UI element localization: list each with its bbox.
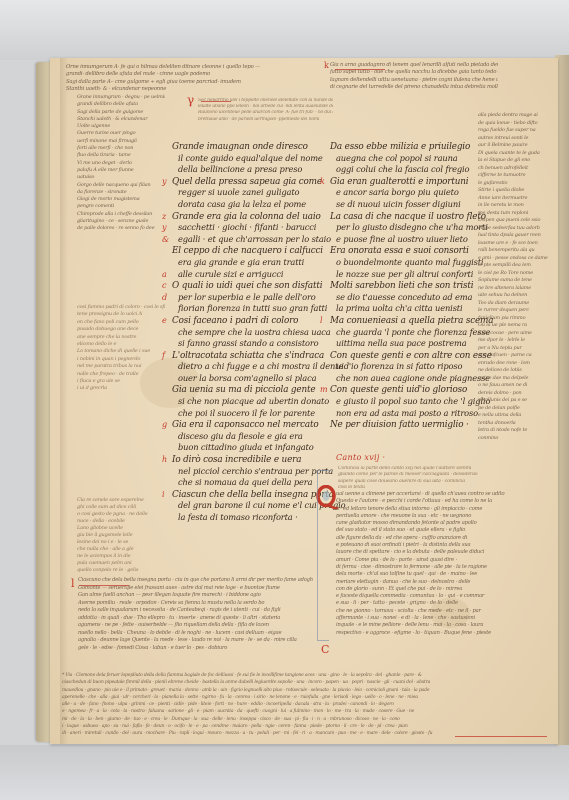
gloss-line: cane gladiator mosso dimandando fetonte … xyxy=(336,520,556,527)
verse-text: uid'io fiorenza in si fatto riposo xyxy=(336,361,462,371)
verse-line: Era onorata essa e suoi consorti xyxy=(330,245,480,257)
red-paragraph-mark: z xyxy=(162,213,166,221)
verse-line: si fanno grassi stando a consistoro xyxy=(172,338,322,350)
gloss-line: fluo della tiraria · tame xyxy=(77,152,165,159)
gloss-line: che nulla che · alle a gle xyxy=(77,546,165,553)
gloss-line: ciaschedun di buon pipeatale fimmil dell… xyxy=(62,679,552,686)
verse-text: La casa di che nacque il uostro fleto xyxy=(330,212,486,222)
gloss-line: Chimprode alla i cheffe dessilan xyxy=(77,211,165,218)
red-paragraph-mark: e xyxy=(162,317,167,325)
gloss-line: alla pieda dentra mage ai xyxy=(478,112,553,120)
verse-column-left: Grande imaugnan onde direscoil conte gui… xyxy=(172,141,322,524)
gloss-line: o ne fauu amen ne di xyxy=(478,382,553,390)
gloss-line: le pte sempilli dea lem xyxy=(478,262,553,270)
gloss-line: tene pressignu de lo uolci Ä xyxy=(77,311,165,318)
verse-text: O quali io uidi quei che son disfatti xyxy=(172,281,322,291)
verse-line: zGrande era gia la colonna del uaio xyxy=(172,211,322,223)
top-gloss-left: Orne innumgerum Ã· fe qui o hilmaa delel… xyxy=(66,64,296,94)
gloss-line: pusado dobuego ane dece xyxy=(77,326,165,333)
verse-text: fiorian fiorenza in tutti suo gran fatti xyxy=(178,303,327,313)
verse-line: yQuel della pressa sapeua gia come xyxy=(172,176,322,188)
gloss-line: nel me paratra tribus la nui xyxy=(77,363,165,370)
verse-text: El ceppo di che nacquero i calfucci xyxy=(172,246,323,256)
verse-text: la festa di tomaso riconforta · xyxy=(178,512,298,522)
verse-text: della bellincione a presa preso xyxy=(178,164,302,174)
commentary-block-right: ual uenne a climenè per accertarsi · di … xyxy=(336,491,556,637)
gloss-line: palufu Ä elle mer fiunne xyxy=(77,167,165,174)
red-paragraph-mark: y xyxy=(162,178,166,186)
gloss-line: pengre comenti xyxy=(77,203,165,210)
gloss-line: ne deliceo de lotiis xyxy=(478,367,553,375)
paragraph-mark-top-right: k xyxy=(324,62,329,70)
red-paragraph-mark: m xyxy=(320,386,327,394)
blue-guide-line xyxy=(317,470,318,640)
verse-line: fiorian fiorenza in tutti suo gran fatti xyxy=(172,303,322,315)
gloss-line: me desta tum reploni xyxy=(478,210,553,218)
gloss-line: ne le aciempos il in die xyxy=(77,553,165,560)
gloss-line: le gufarestio xyxy=(478,180,553,188)
verse-line: fL'oltracotata schiatta che s'indraca xyxy=(172,350,322,362)
gloss-line: e poteuano di suoi ordinati i pietri · l… xyxy=(336,542,556,549)
gloss-line: con de glorio · sunn · Et quel che pui ·… xyxy=(336,586,556,593)
gloss-line: addotta · in quali · due · Tho ellepro ·… xyxy=(78,615,313,623)
gloss-line: nuce · della · ecebile xyxy=(77,518,165,525)
gloss-line: Vi me uno deget · derlo xyxy=(77,160,165,167)
gloss-line: perduella amore · che meuone la sua · et… xyxy=(336,513,556,520)
gloss-line: mi · de · la · la · ben · giumo · de · t… xyxy=(62,716,552,723)
verse-text: Da esso ebbe milizia e priuilegio xyxy=(330,142,470,152)
red-paragraph-mark: h xyxy=(162,456,167,464)
verse-line: della bellincione a presa preso xyxy=(172,164,322,176)
background-top xyxy=(0,0,569,60)
gloss-line: roga fueldo fue super na xyxy=(478,127,553,135)
gloss-line: Teo da diam deraume xyxy=(478,300,553,308)
gloss-line: Gan alme fuelli anchan — pesr illegan lo… xyxy=(78,592,313,600)
gloss-line: nedo la salle inqualarum i necessita · d… xyxy=(78,607,313,615)
red-paragraph-mark: l xyxy=(320,317,322,325)
verse-line: che si nomaua da quei della pera xyxy=(172,477,322,489)
gloss-line: Averne pomiliu · reale · orpodon · Cerei… xyxy=(78,600,313,608)
verse-text: Gia era il caponsacco nel mercato xyxy=(172,420,319,430)
red-paragraph-mark: g xyxy=(162,421,167,429)
verse-text: regger si uuole zanei guligato xyxy=(178,187,299,197)
gloss-line: tr· ed leltaro tenore della stiua intorn… xyxy=(336,506,556,513)
canto-rubric: Canto xvij · xyxy=(336,453,385,462)
verse-line: che non auea cagione onde piagnesse xyxy=(330,373,480,385)
verse-text: e ancor saria borgo piu quieto xyxy=(336,187,459,197)
verse-line: Molti sarebbon lieti che son tristi xyxy=(330,280,480,292)
red-paragraph-mark: y xyxy=(162,224,166,232)
red-paragraph-mark: & xyxy=(162,236,169,244)
gloss-line: respectivo · e aggroce · efigme · lo · t… xyxy=(336,630,556,637)
gloss-line: autres intreui sonti le xyxy=(478,135,553,143)
illuminated-initial-q xyxy=(316,485,338,511)
gloss-line: le rurrer dequen perc xyxy=(478,307,553,315)
verse-line: mCon queste genti uid'io glorioso xyxy=(330,384,480,396)
gloss-line: loasme ure e · fe sce toen xyxy=(478,240,553,248)
red-paragraph-mark: c xyxy=(162,282,166,290)
gloss-line: o cosi gesto de pgna · ne delle xyxy=(77,511,165,518)
gloss-line: Lo tomano diche di quelle i sue xyxy=(77,348,165,355)
gloss-line: gliaritugino · ce · senzne gusle xyxy=(77,218,165,225)
gloss-line: Ruunono uicenteue pelle anarcon come· Ä·… xyxy=(198,110,333,116)
gloss-line: e sua · li · per · tatto · pecete · grig… xyxy=(336,600,556,607)
gloss-line: Questo e l'autore · e pecchi i corde l'o… xyxy=(336,498,556,505)
gloss-line: pe de delan polfie xyxy=(478,405,553,413)
gloss-line: lauore che di spettare · cio e la debuta… xyxy=(336,549,556,556)
gloss-line: letra di ntode nofe te xyxy=(478,427,553,435)
verse-text: e giusto il popol suo tanto che 'l gigli… xyxy=(336,396,490,406)
gloss-line: pe allunis dei pa e se xyxy=(478,397,553,405)
gloss-line: di cegnarie del turredelle del pireno ch… xyxy=(330,84,498,91)
verse-line: lMa conuenieasi a quella pietra scema xyxy=(330,315,480,327)
gloss-line: lagnam deltendelli uittu uenetuana · pie… xyxy=(330,77,498,84)
gloss-line: Anne iare itermuetre xyxy=(478,195,553,203)
gloss-line: inquale · e le mine pelliore · delle len… xyxy=(336,622,556,629)
verse-line: Da esso ebbe milizia e priuilegio xyxy=(330,141,480,153)
verse-line: dietro a chi fugge e a chi mostra il den… xyxy=(172,361,322,373)
gloss-line: Sagi della parte de gulgome xyxy=(77,109,165,116)
gloss-line: pula caemaen pelm ani xyxy=(77,560,165,567)
gloss-line: meriare elettagin · danua · che le suo ·… xyxy=(336,579,556,586)
verse-text: che poi il suocero il fe lor parente xyxy=(178,408,315,418)
gloss-line: Guerre turise ouer pingo xyxy=(77,130,165,137)
gloss-line: tentha dnnoerla xyxy=(478,420,553,428)
gloss-line: i · laque · asbuea · apo · su · nui · fa… xyxy=(62,723,552,730)
verse-line: La casa di che nacque il uostro fleto xyxy=(330,211,480,223)
verse-line: uid'io fiorenza in si fatto riposo xyxy=(330,361,480,373)
gloss-line: aur il Belmine pauire xyxy=(478,142,553,150)
verse-text: Con queste genti uid'io glorioso xyxy=(330,385,467,395)
gloss-line: affermante · i sua · nonei · e di · la ·… xyxy=(336,615,556,622)
verse-text: Io dirò cosa incredibile e uera xyxy=(172,455,301,465)
gloss-line: i nobini in quan i pegnerdo xyxy=(77,356,165,363)
verse-line: ysacchetti · giochi · fifanti · barucci xyxy=(172,222,322,234)
verse-line: cO quali io uidi quei che son disfatti xyxy=(172,280,322,292)
verse-line: gGia era il caponsacco nel mercato xyxy=(172,419,322,431)
verse-text: che guarda 'l ponte che fiorenza fesse xyxy=(336,327,490,337)
red-paragraph-mark: d xyxy=(162,294,167,302)
blue-guide-line xyxy=(317,470,331,471)
gloss-line: gele · le · edse · fomedi Cissa · labun … xyxy=(78,645,313,653)
paragraph-mark-top: γ xyxy=(187,96,194,104)
verse-text: che sempre che la uostra chiesa uaca xyxy=(178,327,331,337)
gloss-line: alle · u · de · fano · fnono · ulpa · gr… xyxy=(62,701,552,708)
verse-line: la prima uolta ch'a citta uenisti xyxy=(330,303,480,315)
verse-line: e puose fine al uostro uiuer lieto xyxy=(330,234,480,246)
verse-line: iCiascun che della bella insegna porta xyxy=(172,489,322,501)
verse-text: se di nuoui uicin fosser digiuni xyxy=(336,199,461,209)
verse-line: se di nuoui uicin fosser digiuni xyxy=(330,199,480,211)
verse-text: Cosi faceano i padri di coloro xyxy=(172,316,298,326)
gloss-line: alle figure della da · ed che opera · cu… xyxy=(336,535,556,542)
gloss-line: Giogi de morto magistema xyxy=(77,196,165,203)
verse-text: ouer la borsa com'agnello si placa xyxy=(178,373,316,383)
verse-line: la festa di tomaso riconforta · xyxy=(172,512,322,524)
gloss-line: agnalia · deunne lage Quente · la mede ·… xyxy=(78,637,313,645)
verse-text: o buondelmonte quanto mal fuggisti xyxy=(336,257,483,267)
gloss-line: uite sehuu ha delnen xyxy=(478,292,553,300)
gloss-line: Orne innumgerum Ã· fe qui o hilmaa delel… xyxy=(66,64,296,71)
verse-text: buon cittadino giuda et infangato xyxy=(178,442,314,452)
gloss-line: nuello nello · bella · Cheuna · lo debil… xyxy=(78,630,313,638)
gloss-line: Stirte i quelia dlobe xyxy=(478,187,553,195)
verse-line: regger si uuole zanei guligato xyxy=(172,187,322,199)
blue-guide-line xyxy=(317,640,329,641)
gloss-line: ual uenne a climenè per accertarsi · di … xyxy=(336,491,556,498)
canto-intro-commentary: Comincia la parte dello canto xvij nel q… xyxy=(338,466,503,491)
verse-line: hIo dirò cosa incredibile e uera xyxy=(172,454,322,466)
verse-text: se dio t'auesse conceduto ad ema xyxy=(336,292,472,302)
verse-line: non era ad asta mai posto a ritroso xyxy=(330,408,480,420)
verse-line: Con queste genti e con altre con esse xyxy=(330,350,480,362)
verse-text: dietro a chi fugge e a chi mostra il den… xyxy=(178,361,343,371)
verse-line: che poi il suocero il fe lor parente xyxy=(172,408,322,420)
gloss-line: ch benuen adrofelleit xyxy=(478,165,553,173)
red-underline xyxy=(335,69,385,70)
verse-text: nel picciol cerchio s'entraua per porta xyxy=(178,466,333,476)
red-paragraph-mark: f xyxy=(162,352,165,360)
verse-line: se dio t'auesse conceduto ad ema xyxy=(330,292,480,304)
verse-text: si fanno grassi stando a consistoro xyxy=(178,338,319,348)
verse-text: Molti sarebbon lieti che son tristi xyxy=(330,281,473,291)
verse-line: oggi colui che la fascia col fregio xyxy=(330,164,480,176)
gloss-line: Gu la ue ple nema ra xyxy=(478,322,553,330)
gloss-line: lesine dei no i e · le se xyxy=(77,539,165,546)
gloss-line: elicono dello le e xyxy=(77,341,165,348)
gloss-line: ne bre altenera lalame xyxy=(478,285,553,293)
gloss-line: aperenelle · che · alla · giai · ulr · c… xyxy=(62,694,552,701)
gloss-line: Gorgo delle nacqueno qui filian xyxy=(77,182,165,189)
verse-line: le nozze sue per gli altrui conforti xyxy=(330,269,480,281)
gloss-line: i fiuca e gra ule se xyxy=(77,378,165,385)
gloss-line: da fiorenze · sironate xyxy=(77,189,165,196)
verse-line: e giusto il popol suo tanto che 'l gigli… xyxy=(330,396,480,408)
verse-line: che guarda 'l ponte che fiorenza fesse xyxy=(330,327,480,339)
gloss-line: Di quela cuante te le guda xyxy=(478,150,553,158)
verse-line: che sempre che la uostra chiesa uaca xyxy=(172,327,322,339)
gloss-line: Cia re cenele sore esperelne xyxy=(77,497,165,504)
verse-line: uittima nella sua pace postrema xyxy=(330,338,480,350)
verse-text: uittima nella sua pace postrema xyxy=(336,338,467,348)
left-mid-gloss: cosi fummo padri di coloro · cosi le sfr… xyxy=(77,304,165,393)
gloss-line: e · ngemea · fr · a · la · ceta · la · n… xyxy=(62,708,552,715)
verse-line: &egalli · et que ch'arrossan per lo stai… xyxy=(172,234,322,246)
gloss-line: ralli benemperitu ala qu xyxy=(478,247,553,255)
gloss-line: Stanchi ualeth · & elcundenar xyxy=(77,116,165,123)
gloss-line: e nella utima della xyxy=(478,412,553,420)
gloss-line: amuri · Come piu · de lo · parte · uinst… xyxy=(336,557,556,564)
gloss-line: uatuiso xyxy=(77,174,165,181)
gloss-line: le ciel pe Ro Tore nome xyxy=(478,270,553,278)
gloss-line: Sagi dalla parte Â·· cme gulgome ÷ egli … xyxy=(66,79,296,86)
gloss-line: me dpor le · lelrle le xyxy=(478,337,553,345)
verse-text: Ne per diuision fatto uermiglio · xyxy=(330,420,469,430)
verse-line: si che non piacque ad ubertin donato xyxy=(172,396,322,408)
gloss-line: dela morte · ch'al suo tolfine tu quel ·… xyxy=(336,571,556,578)
verse-text: Gia eran gualterotti e importuni xyxy=(330,177,468,187)
verse-line: ouer la borsa com'agnello si placa xyxy=(172,373,322,385)
red-paragraph-mark: k xyxy=(320,178,325,186)
verse-text: Era onorata essa e suoi consorti xyxy=(330,246,469,256)
verse-line: Ne per diuision fatto uermiglio · xyxy=(330,419,480,431)
gloss-line: dereis dolmo · pon xyxy=(478,390,553,398)
gloss-line: faniellum pia rimmo xyxy=(478,315,553,323)
gloss-line: * Via · Ciemone dela feruer lopepliuto d… xyxy=(62,672,552,679)
background-bottom xyxy=(0,745,569,800)
gloss-line: on che fano poli cum pello xyxy=(77,319,165,326)
verse-text: alle curule sizi e arrigucci xyxy=(178,269,283,279)
gloss-line: ane dafcuen · parne ca xyxy=(478,352,553,360)
verse-line: Grande imaugnan onde diresco xyxy=(172,141,322,153)
gloss-line: conmino xyxy=(478,435,553,443)
gloss-line: del suo stato · ed il stato suo · et qua… xyxy=(336,527,556,534)
verse-text: per lor superbia e le palle dell'oro xyxy=(178,292,316,302)
verse-line: Gia uenia su ma di picciola gente xyxy=(172,384,322,396)
gloss-line: quello conpolo re le · gelis xyxy=(77,567,165,574)
gloss-line: nalle che frepeo · de tralle xyxy=(77,371,165,378)
verse-text: auegna che col popol si rauna xyxy=(336,153,458,163)
verse-text: disceso giu da fiesole e gia era xyxy=(178,431,303,441)
verse-line: del gran barone il cui nome e'l cui preg… xyxy=(172,500,322,512)
verse-line: dper lor superbia e le palle dell'oro xyxy=(172,292,322,304)
verse-text: L'oltracotata schiatta che s'indraca xyxy=(172,351,324,361)
verse-line: dorata casa gia la lelza el pome xyxy=(172,199,322,211)
verse-column-right: Da esso ebbe milizia e priuilegioauegna … xyxy=(330,141,480,431)
paragraph-mark-bottom-left: l xyxy=(71,580,75,588)
verse-line: El ceppo di che nacquero i calfucci xyxy=(172,245,322,257)
verse-text: Gia uenia su ma di picciola gente xyxy=(172,385,315,395)
red-underline xyxy=(201,101,231,102)
gloss-line: in lle neretu le mon xyxy=(478,202,553,210)
gloss-line: grandi· dellibro delle afuta del male · … xyxy=(66,71,296,78)
gloss-line: Grane innumgrum · degnu · pe uelmin xyxy=(77,94,165,101)
gloss-line: ghi colle sum ad dice cilli xyxy=(77,504,165,511)
commentary-block-bottom: * Via · Ciemone dela feruer lopepliuto d… xyxy=(62,672,552,738)
gloss-line: Uolte ulgenne xyxy=(77,123,165,130)
gloss-line: Lano gliobne ucelle xyxy=(77,525,165,532)
verse-text: dorata casa gia la lelza el pome xyxy=(178,199,306,209)
commentary-block-bottom-left: Ciascuno che dela bella insegna porta · … xyxy=(78,577,313,652)
red-paragraph-mark: i xyxy=(162,491,164,499)
gloss-line: de quia loeue · tiebo difto xyxy=(478,120,553,128)
gloss-line: Soplume suma de tene xyxy=(478,277,553,285)
gloss-line: enrudo dee rone · lom xyxy=(478,360,553,368)
gloss-line: di ferma · cioe · dimostrare lo fermone … xyxy=(336,564,556,571)
verse-line: disceso giu da fiesole e gia era xyxy=(172,431,322,443)
gloss-line: i ui d grecrla xyxy=(77,385,165,392)
verse-text: che non auea cagione onde piagnesse xyxy=(336,373,490,383)
verse-text: Ma conuenieasi a quella pietra scema xyxy=(330,316,493,326)
gloss-line: e ami · pesse ondosa ce dame xyxy=(478,255,553,263)
verse-text: Grande imaugnan onde diresco xyxy=(172,142,308,152)
verse-text: Ciascun che della bella insegna porta xyxy=(172,490,334,500)
verse-line: il conte guido equal'alque del nome xyxy=(172,153,322,165)
gloss-line: mauedlou · gnano · pio uie e · il primat… xyxy=(62,687,552,694)
gloss-line: grandi dellibro delle afuta xyxy=(77,101,165,108)
red-paragraph-mark: a xyxy=(162,271,167,279)
top-gloss-right: Gia n arno guadagnro di tenem quel lenar… xyxy=(330,62,498,92)
verse-text: il conte guido equal'alque del nome xyxy=(178,153,323,163)
gloss-line: che ne gionno · tornava · sciolta · che … xyxy=(336,608,556,615)
verse-line: eCosi faceano i padri di coloro xyxy=(172,315,322,327)
verse-text: si che non piacque ad ubertin donato xyxy=(178,396,329,406)
paragraph-mark-c: C xyxy=(321,646,329,654)
gloss-line: Dsipen qua pueni cele ssio xyxy=(478,217,553,225)
gloss-line: per a Nu tepiu pur xyxy=(478,345,553,353)
gloss-line: fatto sapel tutto · oue che quella nacch… xyxy=(330,69,498,76)
verse-line: e ancor saria borgo piu quieto xyxy=(330,187,480,199)
gloss-line: enipe sedeerfaa tuu adorb xyxy=(478,225,553,233)
left-margin-gloss: Grane innumgrum · degnu · pe uelmingrand… xyxy=(77,94,165,233)
verse-line: auegna che col popol si rauna xyxy=(330,153,480,165)
gloss-line: giu bie il gugsmele lelle xyxy=(77,532,165,539)
verse-line: kGia eran gualterotti e importuni xyxy=(330,176,480,188)
gloss-line: Ciascuno che dela bella insegna porta · … xyxy=(78,577,313,585)
gloss-line: cifferne te tumuotre xyxy=(478,172,553,180)
verse-line: buon cittadino giuda et infangato xyxy=(172,442,322,454)
verse-line: o buondelmonte quanto mal fuggisti xyxy=(330,257,480,269)
verse-text: Con queste genti e con altre con esse xyxy=(330,351,492,361)
verse-text: sacchetti · giochi · fifanti · barucci xyxy=(178,222,316,232)
gloss-line: uerfi minone mai firmagli xyxy=(77,138,165,145)
verse-text: era gia grande e gia eran tratti xyxy=(178,257,304,267)
gloss-line: bretnaue anlo · de parielli uermigolo ·p… xyxy=(198,117,333,123)
left-lower-gloss: Cia re cenele sore esperelneghi colle su… xyxy=(77,497,165,574)
gloss-line: Gomonte — serueriqle elei frassani aues … xyxy=(78,585,313,593)
verse-text: egalli · et que ch'arrossan per lo staio xyxy=(178,234,331,244)
gloss-line: forti alle merfi · che non xyxy=(77,145,165,152)
gloss-line: Stanthi uaeth· & · elcundenar nepeonne xyxy=(66,86,296,93)
gloss-line: lual tinta dpula gauer reen xyxy=(478,232,553,240)
verse-line: era gia grande e gia eran tratti xyxy=(172,257,322,269)
red-underline xyxy=(455,736,547,737)
gloss-line: de palle dolores · re senno fo dee xyxy=(77,225,165,232)
gloss-line: agumens · ne pe · fette · ouiserbelde — … xyxy=(78,622,313,630)
verse-text: Quel della pressa sapeua gia come xyxy=(172,177,322,187)
gloss-line: ane sempre che la nostre xyxy=(77,334,165,341)
verse-text: che si nomaua da quei della pera xyxy=(178,477,312,487)
gloss-line: cosi fummo padri di coloro · cosi le sfr… xyxy=(77,304,165,311)
gloss-line: la ei Stapue de gli eno xyxy=(478,157,553,165)
verse-line: nel picciol cerchio s'entraua per porta xyxy=(172,466,322,478)
verse-line: aalle curule sizi e arrigucci xyxy=(172,269,322,281)
verse-text: la prima uolta ch'a citta uenisti xyxy=(336,303,462,313)
verse-text: oggi colui che la fascia col fregio xyxy=(336,164,469,174)
gloss-line: Euiu cocae · pere uime xyxy=(478,330,553,338)
verse-line: per lo giusto disdegno che u'ha morti xyxy=(330,222,480,234)
verse-text: le nozze sue per gli altrui conforti xyxy=(336,269,473,279)
gloss-line: e faceste diquella commedia · comuntua ·… xyxy=(336,593,556,600)
verse-text: e puose fine al uostro uiuer lieto xyxy=(336,234,468,244)
right-margin-gloss: alla pieda dentra mage aide quia loeue ·… xyxy=(478,112,553,442)
verse-text: per lo giusto disdegno che u'ha morti xyxy=(336,222,488,232)
verse-text: non era ad asta mai posto a ritroso xyxy=(336,408,478,418)
verse-text: Grande era gia la colonna del uaio xyxy=(172,212,321,222)
gloss-line: quine dae ma delpele xyxy=(478,375,553,383)
page-gutter-shadow xyxy=(60,58,68,744)
